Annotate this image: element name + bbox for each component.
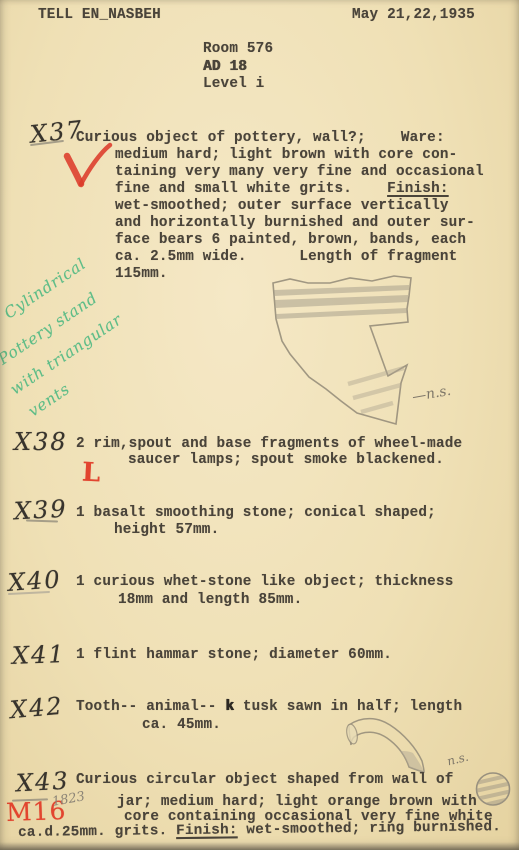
entry-line: ca.d.25mm. grits. Finish: wet-smoothed; …: [18, 819, 501, 841]
record-card: TELL EN_NASBEH May 21,22,1935 Room 576 A…: [0, 0, 519, 850]
card-bottom-edge: [0, 842, 519, 850]
entry-line: 115mm.: [115, 266, 168, 282]
entry-line: taining very many very fine and occasion…: [115, 164, 484, 180]
finish-underlined: Finish:: [176, 822, 238, 839]
entry-line: saucer lamps; spout smoke blackened.: [128, 452, 444, 468]
entry-label-x42: X42: [9, 692, 65, 725]
entry-label-x41: X41: [12, 640, 67, 670]
entry-line: 2 rim,spout and base fragments of wheel-…: [76, 436, 462, 452]
entry-label-x38: X38: [14, 428, 68, 456]
pottery-sherd-sketch: [252, 272, 422, 430]
entry-line: fine and small white grits. Finish:: [115, 181, 449, 197]
entry-line: ca. 45mm.: [142, 717, 221, 733]
entry-line-text: Tooth-- animal--: [76, 699, 225, 715]
entry-line: wet-smoothed; outer surface vertically: [115, 198, 449, 214]
site-title: TELL EN_NASBEH: [38, 7, 161, 23]
entry-line-text: ca.d.25mm. grits.: [18, 823, 176, 841]
red-checkmark-icon: [58, 140, 118, 190]
entry-line: medium hard; light brown with core con-: [115, 147, 457, 163]
entry-line-text: fine and small white grits.: [115, 181, 387, 197]
room-label: Room 576: [203, 41, 273, 57]
entry-line: Curious circular object shaped from wall…: [76, 772, 454, 788]
entry-line: jar; medium hard; light orange brown wit…: [117, 794, 477, 810]
area-label: AD 18: [203, 59, 247, 75]
artist-signature: n.s.: [446, 750, 470, 769]
entry-line: ca. 2.5mm wide. Length of fragment: [115, 249, 457, 265]
entry-line: 1 basalt smoothing stone; conical shaped…: [76, 505, 436, 521]
entry-line-text: wet-smoothed; ring burnished.: [237, 819, 501, 838]
disc-sketch: [474, 770, 514, 810]
finish-underlined: Finish:: [387, 181, 448, 197]
tusk-sketch: [342, 713, 437, 777]
red-l-mark: L: [81, 458, 101, 489]
entry-line: 1 flint hammar stone; diameter 60mm.: [76, 647, 392, 663]
entry-line: 1 curious whet-stone like object; thickn…: [76, 574, 454, 590]
entry-line: face bears 6 painted, brown, bands, each: [115, 232, 466, 248]
level-label: Level i: [203, 76, 264, 92]
overstrike-char: k: [225, 699, 234, 715]
entry-line: Curious object of pottery, wall?; Ware:: [76, 130, 445, 146]
entry-line: height 57mm.: [114, 522, 219, 538]
entry-line: and horizontally burnished and outer sur…: [115, 215, 475, 231]
entry-line: 18mm and length 85mm.: [118, 592, 302, 608]
record-date: May 21,22,1935: [352, 7, 475, 23]
